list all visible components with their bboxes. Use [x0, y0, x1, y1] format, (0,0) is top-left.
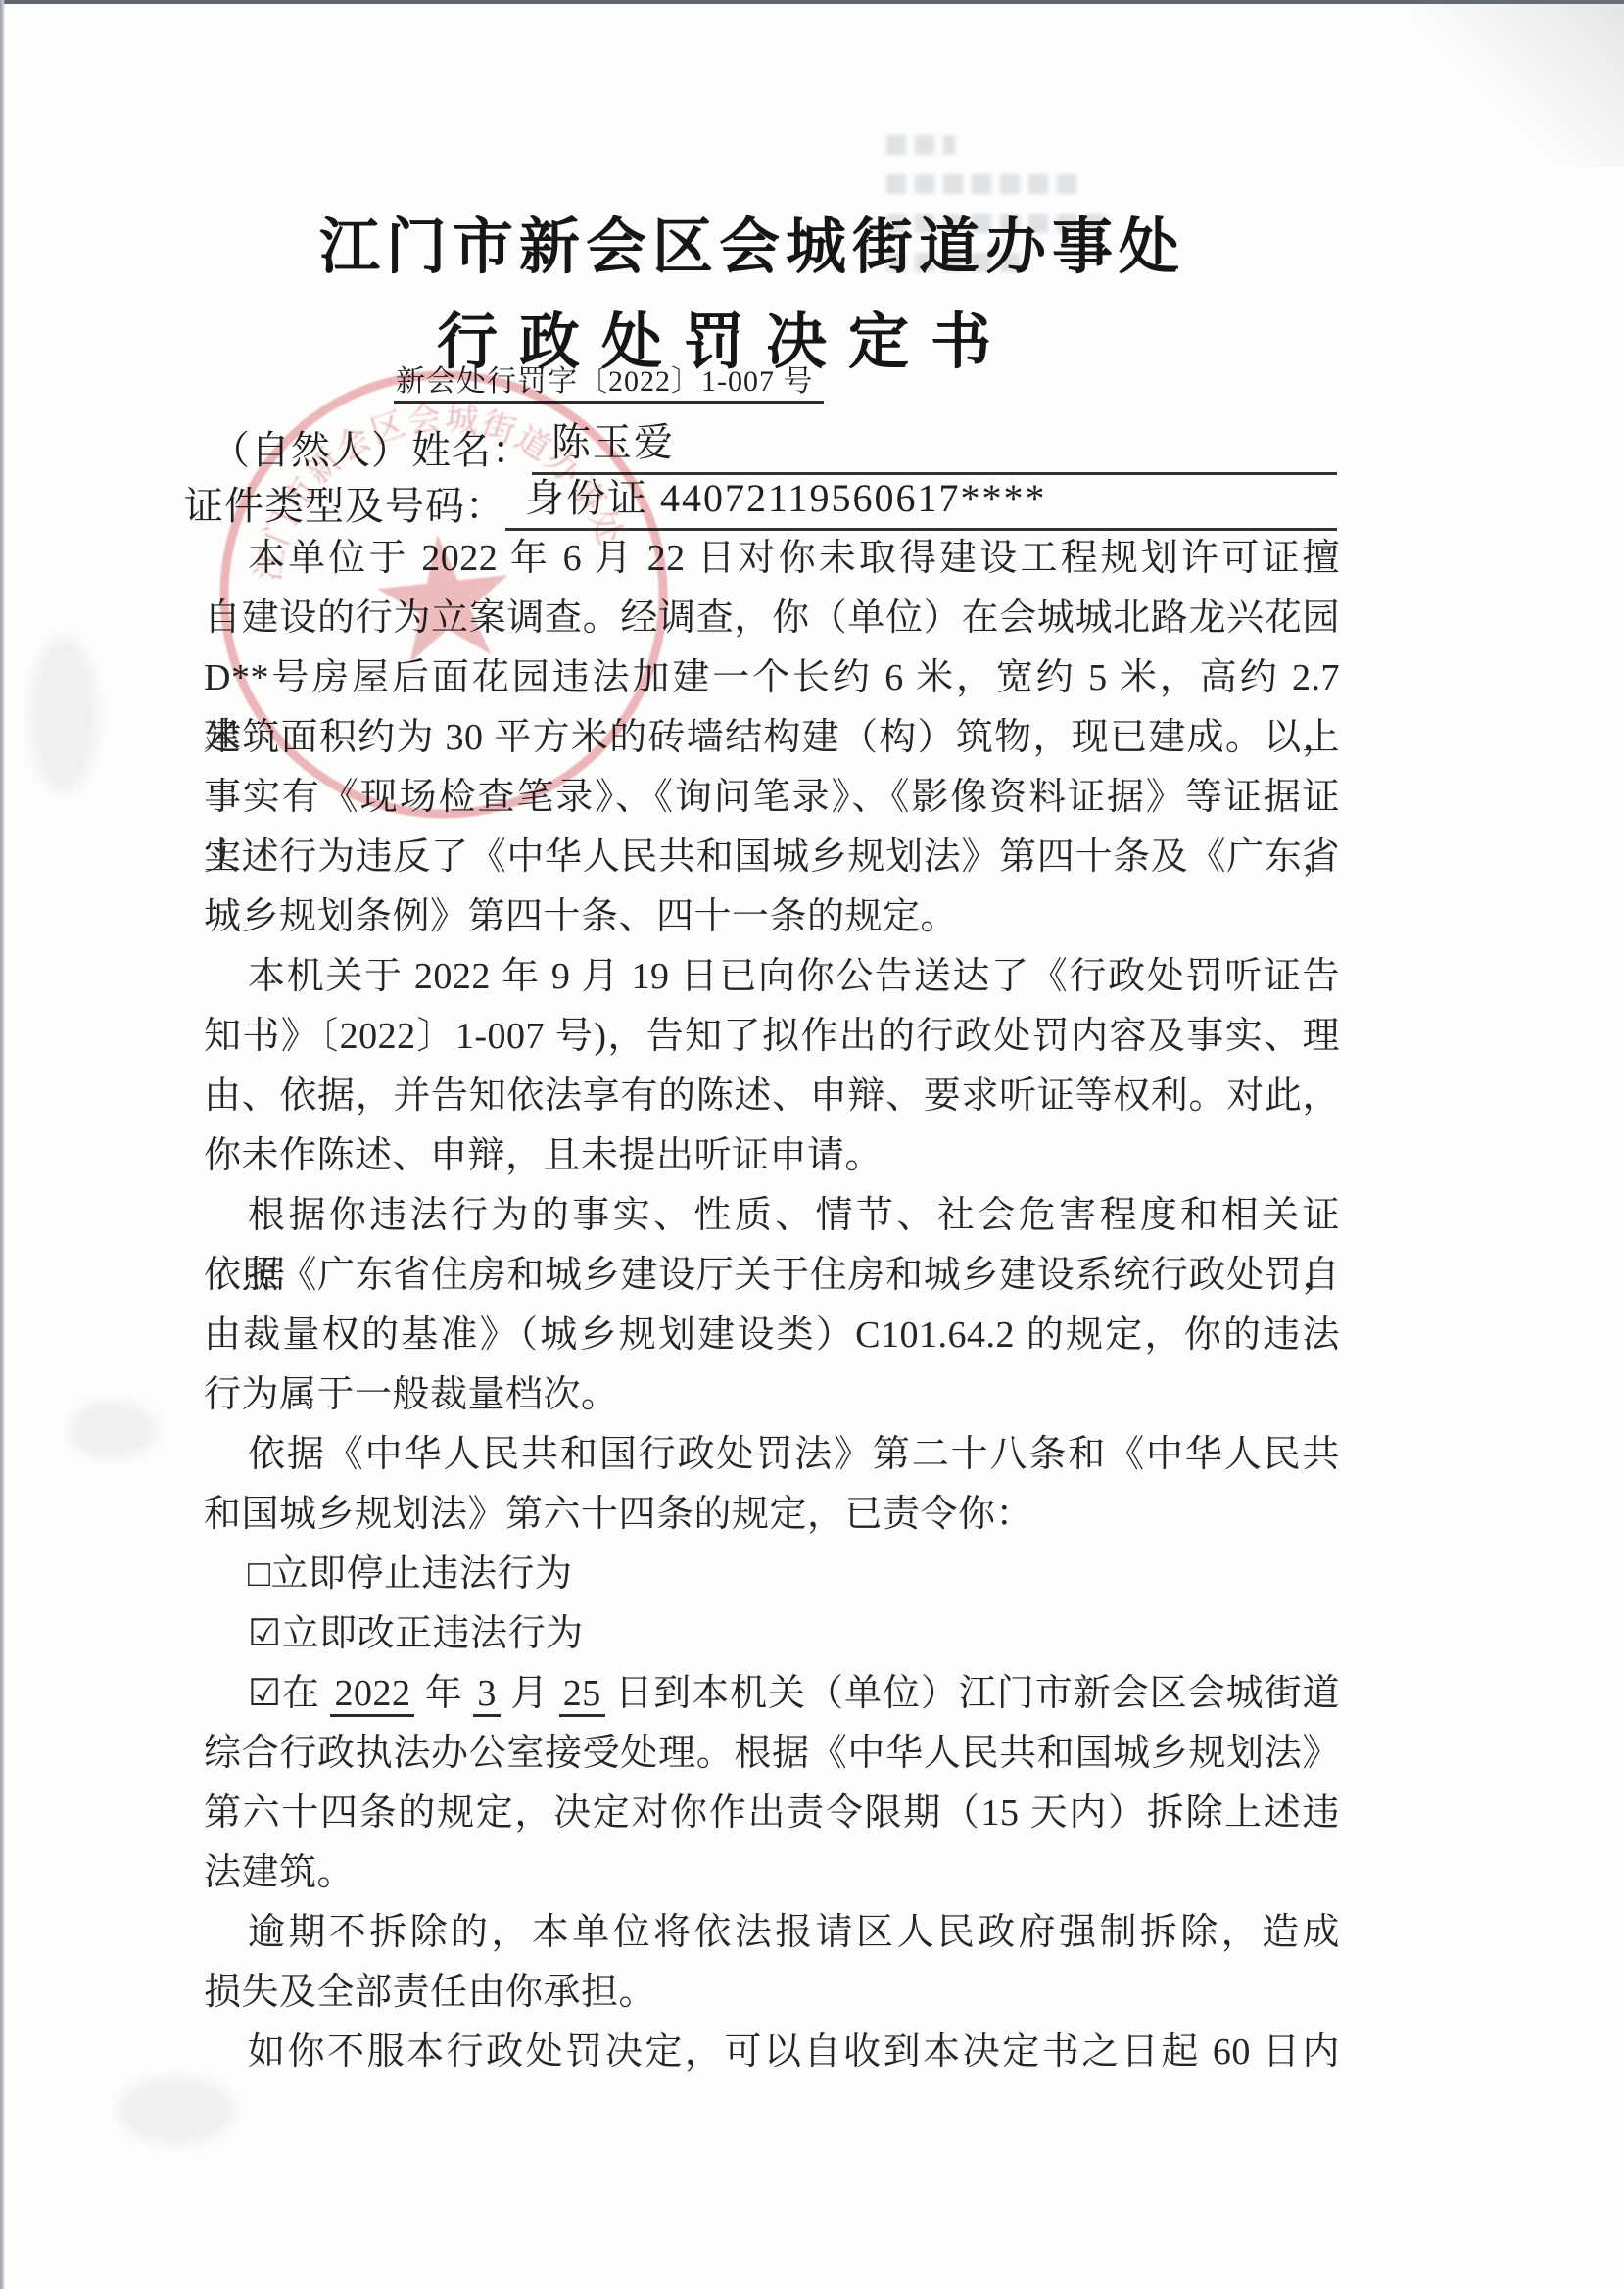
- bleed-through-line: [886, 135, 955, 155]
- deadline-text: 年: [414, 1673, 473, 1714]
- body-line: 依据《中华人民共和国行政处罚法》第二十八条和《中华人民共: [204, 1425, 1340, 1485]
- body-line: 本机关于 2022 年 9 月 19 日已向你公告送达了《行政处罚听证告: [204, 947, 1340, 1007]
- body-line: 根据你违法行为的事实、性质、情节、社会危害程度和相关证据，: [204, 1186, 1340, 1246]
- body-line: 和国城乡规划法》第六十四条的规定，已责令你：: [204, 1485, 1340, 1545]
- checkbox-line-deadline: ☑在 2022 年 3 月 25 日到本机关（单位）江门市新会区会城街道: [204, 1664, 1340, 1724]
- deadline-year-blank: 2022: [330, 1673, 414, 1717]
- scan-smudge: [29, 637, 98, 793]
- deadline-text: 月: [501, 1673, 559, 1714]
- body-line: 如你不服本行政处罚决定，可以自收到本决定书之日起 60 日内: [204, 2023, 1340, 2082]
- body-line: 损失及全部责任由你承担。: [204, 1963, 1340, 2023]
- body-line: 综合行政执法办公室接受处理。根据《中华人民共和国城乡规划法》: [204, 1724, 1340, 1784]
- bleed-through-line: [886, 174, 1077, 194]
- agency-title: 江门市新会区会城街道办事处: [184, 198, 1320, 285]
- document-header: 江门市新会区会城街道办事处 行政处罚决定书: [184, 198, 1320, 380]
- scanned-document-page: 江门市新会区会城街道办事处 行政处罚决定书 新会处行罚字〔2022〕1-007 …: [0, 0, 1624, 2289]
- seal-graphic: 江门市新会区会城街道办事处 ★: [191, 342, 697, 848]
- body-line: 逾期不拆除的，本单位将依法报请区人民政府强制拆除，造成: [204, 1903, 1340, 1963]
- deadline-day-blank: 25: [559, 1673, 605, 1717]
- scan-corner-shadow: [1409, 0, 1624, 167]
- body-line: 上述行为违反了《中华人民共和国城乡规划法》第四十条及《广东省: [204, 828, 1340, 887]
- official-seal-stamp: 江门市新会区会城街道办事处 ★: [191, 342, 697, 848]
- body-line: 知书》〔2022〕1-007 号)，告知了拟作出的行政处罚内容及事实、理: [204, 1007, 1340, 1067]
- body-line: 行为属于一般裁量档次。: [204, 1365, 1340, 1425]
- scan-smudge: [69, 1401, 157, 1459]
- checkbox-line-stop-violation: □立即停止违法行为: [204, 1545, 1340, 1604]
- body-line: 依照《广东省住房和城乡建设厅关于住房和城乡建设系统行政处罚自: [204, 1246, 1340, 1306]
- body-line: 你未作陈述、申辩，且未提出听证申请。: [204, 1126, 1340, 1186]
- scan-smudge: [118, 2076, 235, 2145]
- scan-edge-top: [0, 0, 1624, 4]
- body-line: 第六十四条的规定，决定对你作出责令限期（15 天内）拆除上述违: [204, 1784, 1340, 1843]
- deadline-text: 在: [282, 1673, 331, 1714]
- deadline-month-blank: 3: [473, 1673, 501, 1717]
- deadline-text: 日到本机关（单位）江门市新会区会城街道: [605, 1673, 1340, 1714]
- scan-edge-left: [0, 0, 5, 2289]
- checked-checkbox-icon: ☑: [248, 1673, 282, 1714]
- seal-star-icon: ★: [358, 498, 530, 702]
- body-line: 法建筑。: [204, 1843, 1340, 1903]
- checkbox-line-correct-violation: ☑立即改正违法行为: [204, 1604, 1340, 1664]
- body-line: 由、依据，并告知依法享有的陈述、申辩、要求听证等权利。对此，: [204, 1067, 1340, 1126]
- body-line: 城乡规划条例》第四十条、四十一条的规定。: [204, 887, 1340, 947]
- body-line: 由裁量权的基准》（城乡规划建设类）C101.64.2 的规定，你的违法: [204, 1306, 1340, 1365]
